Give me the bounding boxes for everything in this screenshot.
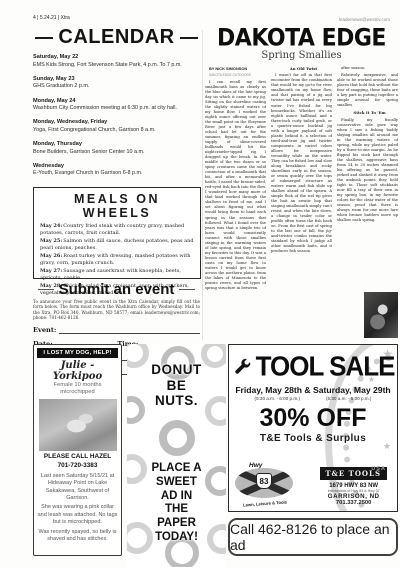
lost-dog-headline: I LOST MY DOG, HELP! <box>37 348 118 358</box>
store-phone: 701.337.2500 <box>320 500 387 506</box>
calendar-entry: Monday, Wednesday, Friday Yoga, First Co… <box>33 119 200 134</box>
dog-call-line-1: PLEASE CALL HAZEL <box>37 453 118 462</box>
calendar-day: Monday, May 24 <box>33 98 200 104</box>
calendar-section: CALENDAR Saturday, May 22 EMS Kids Stron… <box>33 26 200 185</box>
lost-dog-ad: I LOST MY DOG, HELP! Julie - Yorkipoo Fe… <box>33 344 122 556</box>
donut-ad-headline: DONUT BE NUTS. <box>127 362 226 409</box>
saturday-hours: (5:30 a.m. - 5:00 p.m.) <box>326 396 371 401</box>
article-text: Finally, my fiscally conservative side g… <box>337 118 398 224</box>
dog-subline-2: microchipped <box>37 389 118 396</box>
meal-date: May 24: <box>40 223 62 229</box>
tool-ad-footer: Hwy 83 Lawn, Leisure & Tools T&E TOOLSUS… <box>233 462 387 506</box>
calendar-detail: Yoga, First Congregational Church, Garri… <box>33 127 200 134</box>
calendar-day: Monday, Wednesday, Friday <box>33 119 200 125</box>
donut-house-ad: DONUT BE NUTS. PLACE A SWEET AD IN THE P… <box>127 344 226 567</box>
meal-date: May 25: <box>40 238 62 244</box>
meal-menu: Salmon with dill sauce, duchess potatoes… <box>40 238 194 251</box>
discount-text: 30% OFF <box>229 404 397 433</box>
masthead-email: leadernews@westriv.com <box>339 17 390 22</box>
dog-description-1: Last seen Saturday 5/15/21 at Hideaway P… <box>37 473 118 503</box>
article-byline-org: DAKOTA EDGE OUTDOORS <box>205 73 266 77</box>
meal-date: May 26: <box>40 253 62 259</box>
place-ad-banner: Call 462-8126 to place an ad <box>228 518 398 556</box>
store-address-line2: Intersection of Hwy 83 & Hwy 37 <box>320 489 387 493</box>
calendar-entry: Saturday, May 22 EMS Kids Strong, Fort S… <box>33 54 200 69</box>
article-column-2: An Old Twist I wasn't far off in that fi… <box>271 66 332 340</box>
calendar-day: Monday, Thursday <box>33 141 200 147</box>
store-address-line1: 1679 HWY 83 NW <box>320 483 387 489</box>
calendar-entry: Monday, May 24 Washburn City Commission … <box>33 98 200 113</box>
tool-sale-hours: (5:30 a.m. - 6:00 p.m.) (5:30 a.m. - 5:0… <box>229 396 397 401</box>
meals-on-wheels-box: MEALS ON WHEELS May 24:Country fried ste… <box>33 187 201 279</box>
calendar-day: Wednesday <box>33 163 200 169</box>
article-text: I can recall my first smallmouth bass as… <box>205 80 266 291</box>
hwy-83-shield: 83 <box>256 473 272 489</box>
title-dash-right <box>180 37 198 39</box>
donut-ad-line: DONUT <box>127 362 226 378</box>
donut-ad-line: BE <box>127 378 226 394</box>
meal-menu: Roast turkey with dressing, mashed potat… <box>40 253 190 266</box>
donut-ad-line: SWEET <box>127 476 226 490</box>
wrench-icon <box>232 357 252 377</box>
calendar-title-row: CALENDAR <box>33 26 200 49</box>
friday-hours: (5:30 a.m. - 6:00 p.m.) <box>255 396 300 401</box>
meal-item: May 24:Country fried steak with country … <box>40 223 194 236</box>
dog-subline-1: Female 10 months <box>37 382 118 389</box>
donut-ad-line: TODAY! <box>127 531 226 545</box>
calendar-detail: E-Youth, Evangel Church in Garrison 6-8 … <box>33 170 200 177</box>
usa-label: USA <box>371 466 386 472</box>
article-text: I wasn't far off in that first encounter… <box>271 73 332 254</box>
donut-icon <box>159 420 195 456</box>
page-number-date: 4 | 5.24.21 | Xtra <box>33 15 70 21</box>
calendar-detail: EMS Kids Strong, Fort Stevenson State Pa… <box>33 62 200 69</box>
donut-ad-line: THE <box>127 503 226 517</box>
calendar-entry: Wednesday E-Youth, Evangel Church in Gar… <box>33 163 200 178</box>
article-text: Relatively inexpensive, and able to be w… <box>337 73 398 108</box>
calendar-day: Saturday, May 22 <box>33 54 200 60</box>
dog-photo <box>39 399 117 451</box>
article-subhead: An Old Twist <box>271 66 332 71</box>
store-city: GARRISON, ND <box>320 493 387 500</box>
submit-title: Submit an event <box>59 281 175 298</box>
donut-ad-message: PLACE A SWEET AD IN THE PAPER TODAY! <box>127 462 226 545</box>
tool-sale-ad: ★ ★ ★ TOOL SALE Friday, May 28th & Satur… <box>228 344 398 512</box>
tool-sale-dates: Friday, May 28th & Saturday, May 29th <box>229 385 397 395</box>
calendar-detail: GHS Graduation 2 p.m. <box>33 83 200 90</box>
tool-title-row: TOOL SALE <box>229 351 397 382</box>
article-subhead: Stick It To 'Em <box>337 110 398 115</box>
article-column-1: BY NICK SIMONSON DAKOTA EDGE OUTDOORS I … <box>205 66 266 340</box>
hwy-logo-tagline: Lawn, Leisure & Tools <box>233 499 297 508</box>
article-text: after season. <box>337 66 398 71</box>
store-name: T&E Tools & Surplus <box>229 433 397 444</box>
newspaper-page: 4 | 5.24.21 | Xtra leadernews@westriv.co… <box>0 0 400 567</box>
meal-item: May 25:Salmon with dill sauce, duchess p… <box>40 238 194 251</box>
dog-description-3: Was recently spayed, so belly is shaved … <box>37 529 118 544</box>
title-dash-left <box>35 37 53 39</box>
calendar-title: CALENDAR <box>58 26 174 49</box>
hwy-83-logo: Hwy 83 Lawn, Leisure & Tools <box>233 462 297 506</box>
submit-intro: To announce your free public event in th… <box>33 299 200 321</box>
event-field-label: Event: <box>33 326 56 334</box>
form-row-event: Event: <box>33 326 200 334</box>
event-field-line[interactable] <box>59 327 200 334</box>
calendar-detail: Washburn City Commission meeting at 6:30… <box>33 105 200 112</box>
column-divider <box>202 30 203 340</box>
dog-description-2: She was wearing a pink collar and leash … <box>37 504 118 526</box>
submit-title-row: Submit an event <box>33 281 200 298</box>
title-dash-right <box>179 289 195 290</box>
calendar-day: Sunday, May 23 <box>33 76 200 82</box>
te-tools-logo: T&E TOOLSUSA <box>320 467 387 480</box>
dog-phone: 701-720-3383 <box>37 462 118 471</box>
article-photo <box>364 292 398 338</box>
store-info-block: T&E TOOLSUSA 1679 HWY 83 NW Intersection… <box>320 463 387 506</box>
article-title: DAKOTA EDGE <box>205 25 398 52</box>
meal-item: May 26:Roast turkey with dressing, mashe… <box>40 253 194 266</box>
calendar-entry: Sunday, May 23 GHS Graduation 2 p.m. <box>33 76 200 91</box>
calendar-entry: Monday, Thursday Bone Builders, Garrison… <box>33 141 200 156</box>
donut-ad-line: AD IN <box>127 490 226 504</box>
donut-ad-line: PLACE A <box>127 462 226 476</box>
calendar-list: Saturday, May 22 EMS Kids Strong, Fort S… <box>33 54 200 178</box>
title-dash-left <box>38 289 54 290</box>
article-subtitle: Spring Smallies <box>205 50 398 61</box>
calendar-detail: Bone Builders, Garrison Senior Center 10… <box>33 149 200 156</box>
meal-item: May 27:Sausage and sauerkraut with knoep… <box>40 268 194 281</box>
article-byline: BY NICK SIMONSON <box>205 66 266 71</box>
dog-name: Julie - Yorkipoo <box>37 360 118 382</box>
meal-date: May 27: <box>40 268 62 274</box>
meals-title: MEALS ON WHEELS <box>40 192 194 220</box>
donut-ad-line: PAPER <box>127 517 226 531</box>
donut-ad-line: NUTS. <box>127 393 226 409</box>
tool-sale-title: TOOL SALE <box>256 350 395 383</box>
